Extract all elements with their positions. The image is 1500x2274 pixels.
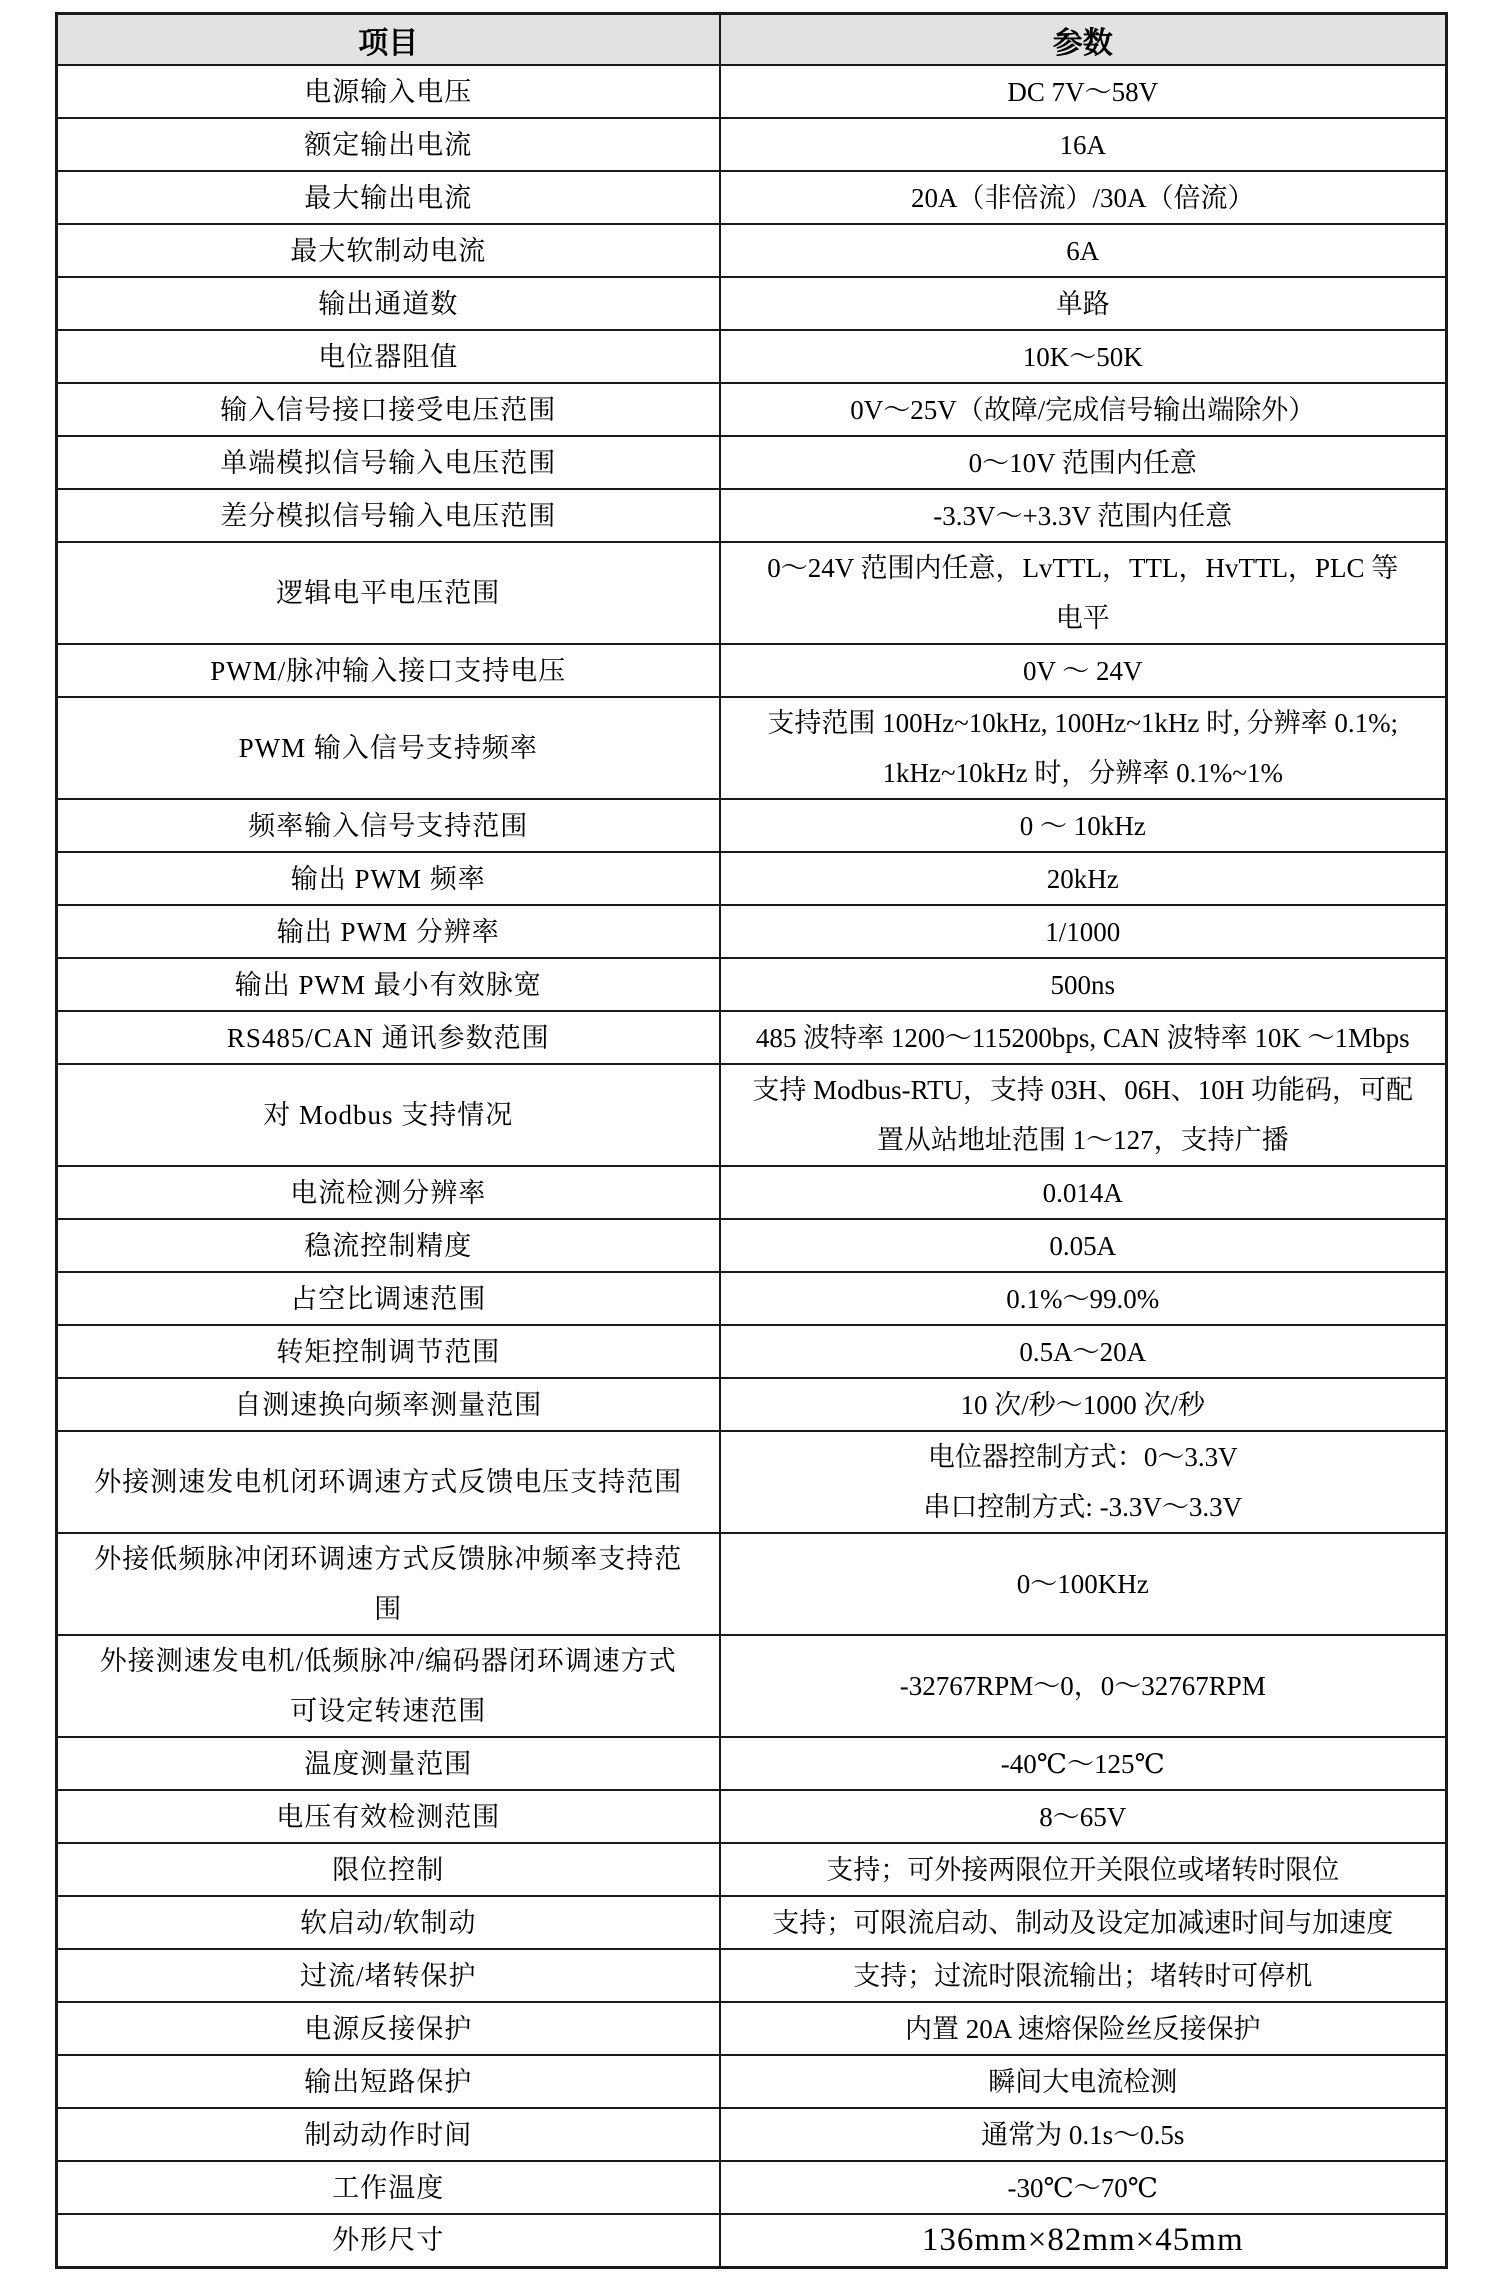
value-cell: 支持范围 100Hz~10kHz, 100Hz~1kHz 时, 分辨率 0.1%… bbox=[720, 697, 1447, 799]
cell-line: RS485/CAN 通讯参数范围 bbox=[62, 1016, 715, 1060]
cell-line: 额定输出电流 bbox=[62, 123, 715, 167]
cell-line: 0～10V 范围内任意 bbox=[725, 441, 1442, 485]
item-cell: 温度测量范围 bbox=[57, 1737, 720, 1790]
value-cell: 0V ～ 24V bbox=[720, 644, 1447, 697]
cell-line: 支持；可外接两限位开关限位或堵转时限位 bbox=[725, 1848, 1442, 1892]
cell-line: 转矩控制调节范围 bbox=[62, 1330, 715, 1374]
cell-line: DC 7V～58V bbox=[725, 70, 1442, 114]
table-row: 电源输入电压DC 7V～58V bbox=[57, 65, 1447, 118]
cell-line: 6A bbox=[725, 229, 1442, 273]
value-cell: 10 次/秒～1000 次/秒 bbox=[720, 1378, 1447, 1431]
header-row: 项目 参数 bbox=[57, 14, 1447, 66]
item-cell: 电源反接保护 bbox=[57, 2002, 720, 2055]
cell-line: 自测速换向频率测量范围 bbox=[62, 1383, 715, 1427]
cell-line: 对 Modbus 支持情况 bbox=[62, 1090, 715, 1140]
table-row: 电流检测分辨率0.014A bbox=[57, 1166, 1447, 1219]
table-row: 外接测速发电机闭环调速方式反馈电压支持范围电位器控制方式：0～3.3V串口控制方… bbox=[57, 1431, 1447, 1533]
item-cell: 工作温度 bbox=[57, 2161, 720, 2214]
value-cell: 瞬间大电流检测 bbox=[720, 2055, 1447, 2108]
spec-table-container: 项目 参数 电源输入电压DC 7V～58V额定输出电流16A最大输出电流20A（… bbox=[55, 12, 1448, 2269]
value-cell: 0～10V 范围内任意 bbox=[720, 436, 1447, 489]
cell-line: 500ns bbox=[725, 963, 1442, 1007]
item-cell: 额定输出电流 bbox=[57, 118, 720, 171]
item-cell: 外形尺寸 bbox=[57, 2214, 720, 2267]
table-row: 频率输入信号支持范围0 ～ 10kHz bbox=[57, 799, 1447, 852]
cell-line: 外形尺寸 bbox=[62, 2218, 715, 2262]
table-row: 对 Modbus 支持情况支持 Modbus-RTU，支持 03H、06H、10… bbox=[57, 1064, 1447, 1166]
table-row: 限位控制支持；可外接两限位开关限位或堵转时限位 bbox=[57, 1843, 1447, 1896]
cell-line: 0.05A bbox=[725, 1224, 1442, 1268]
item-cell: 制动动作时间 bbox=[57, 2108, 720, 2161]
cell-line: 1/1000 bbox=[725, 910, 1442, 954]
value-cell: 500ns bbox=[720, 958, 1447, 1011]
table-row: PWM/脉冲输入接口支持电压0V ～ 24V bbox=[57, 644, 1447, 697]
cell-line: 输出 PWM 频率 bbox=[62, 857, 715, 901]
table-row: 外接低频脉冲闭环调速方式反馈脉冲频率支持范围0～100KHz bbox=[57, 1533, 1447, 1635]
item-cell: 外接测速发电机/低频脉冲/编码器闭环调速方式可设定转速范围 bbox=[57, 1635, 720, 1737]
value-cell: 0V～25V（故障/完成信号输出端除外） bbox=[720, 383, 1447, 436]
column-header-param: 参数 bbox=[720, 14, 1447, 66]
item-cell: 最大输出电流 bbox=[57, 171, 720, 224]
cell-line: 0V～25V（故障/完成信号输出端除外） bbox=[725, 388, 1442, 432]
table-row: 输出 PWM 分辨率1/1000 bbox=[57, 905, 1447, 958]
item-cell: 过流/堵转保护 bbox=[57, 1949, 720, 2002]
table-row: 工作温度-30℃～70℃ bbox=[57, 2161, 1447, 2214]
cell-line: 10K～50K bbox=[725, 335, 1442, 379]
table-row: 外形尺寸136mm×82mm×45mm bbox=[57, 2214, 1447, 2267]
value-cell: 支持；过流时限流输出；堵转时可停机 bbox=[720, 1949, 1447, 2002]
table-row: 额定输出电流16A bbox=[57, 118, 1447, 171]
cell-line: 工作温度 bbox=[62, 2166, 715, 2210]
item-cell: 输出 PWM 频率 bbox=[57, 852, 720, 905]
item-cell: 输出 PWM 分辨率 bbox=[57, 905, 720, 958]
cell-line: 16A bbox=[725, 123, 1442, 167]
cell-line: 8～65V bbox=[725, 1795, 1442, 1839]
cell-line: 外接测速发电机闭环调速方式反馈电压支持范围 bbox=[62, 1457, 715, 1507]
table-row: 制动动作时间通常为 0.1s～0.5s bbox=[57, 2108, 1447, 2161]
cell-line: 外接低频脉冲闭环调速方式反馈脉冲频率支持范 bbox=[62, 1534, 715, 1584]
table-row: 单端模拟信号输入电压范围0～10V 范围内任意 bbox=[57, 436, 1447, 489]
value-cell: 0.014A bbox=[720, 1166, 1447, 1219]
item-cell: 单端模拟信号输入电压范围 bbox=[57, 436, 720, 489]
cell-line: 电平 bbox=[725, 593, 1442, 643]
value-cell: -3.3V～+3.3V 范围内任意 bbox=[720, 489, 1447, 542]
cell-line: 0～24V 范围内任意，LvTTL，TTL，HvTTL，PLC 等 bbox=[725, 543, 1442, 593]
value-cell: 0.1%～99.0% bbox=[720, 1272, 1447, 1325]
cell-line: 单端模拟信号输入电压范围 bbox=[62, 441, 715, 485]
cell-line: 瞬间大电流检测 bbox=[725, 2060, 1442, 2104]
item-cell: 稳流控制精度 bbox=[57, 1219, 720, 1272]
cell-line: 1kHz~10kHz 时，分辨率 0.1%~1% bbox=[725, 748, 1442, 798]
value-cell: 136mm×82mm×45mm bbox=[720, 2214, 1447, 2267]
value-cell: 485 波特率 1200～115200bps, CAN 波特率 10K ～1Mb… bbox=[720, 1011, 1447, 1064]
cell-line: 20kHz bbox=[725, 857, 1442, 901]
value-cell: 通常为 0.1s～0.5s bbox=[720, 2108, 1447, 2161]
cell-line: 0.1%～99.0% bbox=[725, 1277, 1442, 1321]
cell-line: 支持 Modbus-RTU，支持 03H、06H、10H 功能码，可配 bbox=[725, 1065, 1442, 1115]
table-row: 差分模拟信号输入电压范围-3.3V～+3.3V 范围内任意 bbox=[57, 489, 1447, 542]
cell-line: 限位控制 bbox=[62, 1848, 715, 1892]
cell-line: 最大输出电流 bbox=[62, 176, 715, 220]
cell-line: 输出 PWM 最小有效脉宽 bbox=[62, 963, 715, 1007]
table-row: 最大输出电流20A（非倍流）/30A（倍流） bbox=[57, 171, 1447, 224]
value-cell: 电位器控制方式：0～3.3V串口控制方式: -3.3V～3.3V bbox=[720, 1431, 1447, 1533]
value-cell: 20kHz bbox=[720, 852, 1447, 905]
item-cell: 输出短路保护 bbox=[57, 2055, 720, 2108]
cell-line: 0～100KHz bbox=[725, 1559, 1442, 1609]
column-header-item: 项目 bbox=[57, 14, 720, 66]
item-cell: RS485/CAN 通讯参数范围 bbox=[57, 1011, 720, 1064]
cell-line: 逻辑电平电压范围 bbox=[62, 568, 715, 618]
cell-line: 串口控制方式: -3.3V～3.3V bbox=[725, 1482, 1442, 1532]
value-cell: 0.5A～20A bbox=[720, 1325, 1447, 1378]
cell-line: 电源反接保护 bbox=[62, 2007, 715, 2051]
value-cell: 0.05A bbox=[720, 1219, 1447, 1272]
cell-line: 输出 PWM 分辨率 bbox=[62, 910, 715, 954]
item-cell: 电流检测分辨率 bbox=[57, 1166, 720, 1219]
value-cell: 0～24V 范围内任意，LvTTL，TTL，HvTTL，PLC 等电平 bbox=[720, 542, 1447, 644]
item-cell: 占空比调速范围 bbox=[57, 1272, 720, 1325]
table-row: 过流/堵转保护支持；过流时限流输出；堵转时可停机 bbox=[57, 1949, 1447, 2002]
cell-line: 20A（非倍流）/30A（倍流） bbox=[725, 176, 1442, 220]
cell-line: 频率输入信号支持范围 bbox=[62, 804, 715, 848]
cell-line: 电压有效检测范围 bbox=[62, 1795, 715, 1839]
item-cell: 频率输入信号支持范围 bbox=[57, 799, 720, 852]
table-row: 逻辑电平电压范围0～24V 范围内任意，LvTTL，TTL，HvTTL，PLC … bbox=[57, 542, 1447, 644]
item-cell: 电位器阻值 bbox=[57, 330, 720, 383]
cell-line: 0 ～ 10kHz bbox=[725, 804, 1442, 848]
table-row: 输出 PWM 频率20kHz bbox=[57, 852, 1447, 905]
cell-line: 电源输入电压 bbox=[62, 70, 715, 114]
table-row: 输出通道数单路 bbox=[57, 277, 1447, 330]
cell-line: -3.3V～+3.3V 范围内任意 bbox=[725, 494, 1442, 538]
value-cell: 20A（非倍流）/30A（倍流） bbox=[720, 171, 1447, 224]
table-row: 电压有效检测范围8～65V bbox=[57, 1790, 1447, 1843]
table-row: 转矩控制调节范围0.5A～20A bbox=[57, 1325, 1447, 1378]
cell-line: 制动动作时间 bbox=[62, 2113, 715, 2157]
cell-line: 支持；可限流启动、制动及设定加减速时间与加速度 bbox=[725, 1901, 1442, 1945]
item-cell: 输入信号接口接受电压范围 bbox=[57, 383, 720, 436]
value-cell: 8～65V bbox=[720, 1790, 1447, 1843]
value-cell: 支持；可外接两限位开关限位或堵转时限位 bbox=[720, 1843, 1447, 1896]
value-cell: -30℃～70℃ bbox=[720, 2161, 1447, 2214]
item-cell: 电压有效检测范围 bbox=[57, 1790, 720, 1843]
value-cell: 支持 Modbus-RTU，支持 03H、06H、10H 功能码，可配置从站地址… bbox=[720, 1064, 1447, 1166]
value-cell: 1/1000 bbox=[720, 905, 1447, 958]
value-cell: 0～100KHz bbox=[720, 1533, 1447, 1635]
item-cell: 转矩控制调节范围 bbox=[57, 1325, 720, 1378]
table-row: 软启动/软制动支持；可限流启动、制动及设定加减速时间与加速度 bbox=[57, 1896, 1447, 1949]
cell-line: 0.014A bbox=[725, 1171, 1442, 1215]
table-row: 稳流控制精度0.05A bbox=[57, 1219, 1447, 1272]
item-cell: 软启动/软制动 bbox=[57, 1896, 720, 1949]
cell-line: 过流/堵转保护 bbox=[62, 1954, 715, 1998]
cell-line: 电位器阻值 bbox=[62, 335, 715, 379]
cell-line: PWM 输入信号支持频率 bbox=[62, 723, 715, 773]
item-cell: 逻辑电平电压范围 bbox=[57, 542, 720, 644]
value-cell: -32767RPM～0，0～32767RPM bbox=[720, 1635, 1447, 1737]
item-cell: 自测速换向频率测量范围 bbox=[57, 1378, 720, 1431]
cell-line: 内置 20A 速熔保险丝反接保护 bbox=[725, 2007, 1442, 2051]
value-cell: DC 7V～58V bbox=[720, 65, 1447, 118]
cell-line: 外接测速发电机/低频脉冲/编码器闭环调速方式 bbox=[62, 1636, 715, 1686]
cell-line: 软启动/软制动 bbox=[62, 1901, 715, 1945]
cell-line: 输出短路保护 bbox=[62, 2060, 715, 2104]
cell-line: 10 次/秒～1000 次/秒 bbox=[725, 1383, 1442, 1427]
item-cell: PWM/脉冲输入接口支持电压 bbox=[57, 644, 720, 697]
item-cell: 外接低频脉冲闭环调速方式反馈脉冲频率支持范围 bbox=[57, 1533, 720, 1635]
value-cell: 支持；可限流启动、制动及设定加减速时间与加速度 bbox=[720, 1896, 1447, 1949]
cell-line: 置从站地址范围 1～127，支持广播 bbox=[725, 1115, 1442, 1165]
cell-line: 最大软制动电流 bbox=[62, 229, 715, 273]
value-cell: -40℃～125℃ bbox=[720, 1737, 1447, 1790]
cell-line: 0.5A～20A bbox=[725, 1330, 1442, 1374]
item-cell: 限位控制 bbox=[57, 1843, 720, 1896]
value-cell: 16A bbox=[720, 118, 1447, 171]
cell-line: 0V ～ 24V bbox=[725, 649, 1442, 693]
table-row: PWM 输入信号支持频率支持范围 100Hz~10kHz, 100Hz~1kHz… bbox=[57, 697, 1447, 799]
table-row: 外接测速发电机/低频脉冲/编码器闭环调速方式可设定转速范围-32767RPM～0… bbox=[57, 1635, 1447, 1737]
cell-line: 通常为 0.1s～0.5s bbox=[725, 2113, 1442, 2157]
item-cell: 外接测速发电机闭环调速方式反馈电压支持范围 bbox=[57, 1431, 720, 1533]
cell-line: PWM/脉冲输入接口支持电压 bbox=[62, 649, 715, 693]
cell-line: 电流检测分辨率 bbox=[62, 1171, 715, 1215]
cell-line: 可设定转速范围 bbox=[62, 1686, 715, 1736]
table-row: 温度测量范围-40℃～125℃ bbox=[57, 1737, 1447, 1790]
table-row: 输出短路保护瞬间大电流检测 bbox=[57, 2055, 1447, 2108]
cell-line: 输入信号接口接受电压范围 bbox=[62, 388, 715, 432]
cell-line: 单路 bbox=[725, 282, 1442, 326]
table-row: 电源反接保护内置 20A 速熔保险丝反接保护 bbox=[57, 2002, 1447, 2055]
cell-line: 支持；过流时限流输出；堵转时可停机 bbox=[725, 1954, 1442, 1998]
cell-line: -40℃～125℃ bbox=[725, 1742, 1442, 1786]
cell-line: 支持范围 100Hz~10kHz, 100Hz~1kHz 时, 分辨率 0.1%… bbox=[725, 698, 1442, 748]
value-cell: 内置 20A 速熔保险丝反接保护 bbox=[720, 2002, 1447, 2055]
table-row: 自测速换向频率测量范围10 次/秒～1000 次/秒 bbox=[57, 1378, 1447, 1431]
cell-line: 围 bbox=[62, 1584, 715, 1634]
value-cell: 10K～50K bbox=[720, 330, 1447, 383]
table-row: RS485/CAN 通讯参数范围485 波特率 1200～115200bps, … bbox=[57, 1011, 1447, 1064]
cell-line: 温度测量范围 bbox=[62, 1742, 715, 1786]
cell-line: 差分模拟信号输入电压范围 bbox=[62, 494, 715, 538]
item-cell: 最大软制动电流 bbox=[57, 224, 720, 277]
cell-line: 稳流控制精度 bbox=[62, 1224, 715, 1268]
table-row: 占空比调速范围0.1%～99.0% bbox=[57, 1272, 1447, 1325]
item-cell: 差分模拟信号输入电压范围 bbox=[57, 489, 720, 542]
value-cell: 0 ～ 10kHz bbox=[720, 799, 1447, 852]
item-cell: 输出通道数 bbox=[57, 277, 720, 330]
cell-line: 占空比调速范围 bbox=[62, 1277, 715, 1321]
cell-line: 电位器控制方式：0～3.3V bbox=[725, 1432, 1442, 1482]
cell-line: -30℃～70℃ bbox=[725, 2166, 1442, 2210]
cell-line: 136mm×82mm×45mm bbox=[725, 2218, 1442, 2262]
item-cell: 对 Modbus 支持情况 bbox=[57, 1064, 720, 1166]
item-cell: 电源输入电压 bbox=[57, 65, 720, 118]
table-row: 输出 PWM 最小有效脉宽500ns bbox=[57, 958, 1447, 1011]
cell-line: -32767RPM～0，0～32767RPM bbox=[725, 1661, 1442, 1711]
table-row: 最大软制动电流6A bbox=[57, 224, 1447, 277]
table-row: 电位器阻值10K～50K bbox=[57, 330, 1447, 383]
cell-line: 485 波特率 1200～115200bps, CAN 波特率 10K ～1Mb… bbox=[725, 1016, 1442, 1060]
item-cell: 输出 PWM 最小有效脉宽 bbox=[57, 958, 720, 1011]
spec-table: 项目 参数 电源输入电压DC 7V～58V额定输出电流16A最大输出电流20A（… bbox=[55, 12, 1448, 2269]
value-cell: 单路 bbox=[720, 277, 1447, 330]
item-cell: PWM 输入信号支持频率 bbox=[57, 697, 720, 799]
cell-line: 输出通道数 bbox=[62, 282, 715, 326]
table-row: 输入信号接口接受电压范围0V～25V（故障/完成信号输出端除外） bbox=[57, 383, 1447, 436]
value-cell: 6A bbox=[720, 224, 1447, 277]
